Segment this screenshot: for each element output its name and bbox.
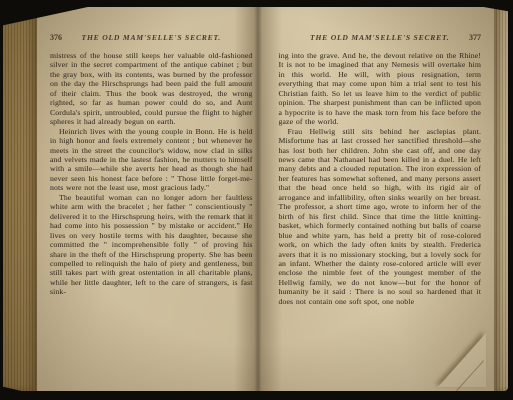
right-page: THE OLD MAM'SELLE'S SECRET. 377 ing into… xyxy=(262,7,495,391)
right-running-header: THE OLD MAM'SELLE'S SECRET. xyxy=(305,33,456,42)
open-book: 376 THE OLD MAM'SELLE'S SECRET. mistress… xyxy=(3,7,508,391)
paragraph: mistress of the house still keeps her va… xyxy=(50,51,253,127)
frame-corner-bottom-left xyxy=(0,386,60,400)
paragraph: The beautiful woman can no longer adorn … xyxy=(50,193,253,297)
paragraph: Heinrich lives with the young couple in … xyxy=(50,127,253,193)
page-corner-fold xyxy=(438,333,486,387)
book-photo-frame: 376 THE OLD MAM'SELLE'S SECRET. mistress… xyxy=(0,0,513,400)
left-running-header: THE OLD MAM'SELLE'S SECRET. xyxy=(76,33,227,42)
left-page-text: mistress of the house still keeps her va… xyxy=(50,51,253,297)
left-page: 376 THE OLD MAM'SELLE'S SECRET. mistress… xyxy=(37,7,262,391)
stacked-page-edges-left xyxy=(3,7,37,391)
left-page-number: 376 xyxy=(50,33,76,42)
right-page-header: THE OLD MAM'SELLE'S SECRET. 377 xyxy=(279,33,482,42)
paragraph: ing into the grave. And he, the devout r… xyxy=(279,51,482,127)
paragraph: Frau Hellwig still sits behind her ascle… xyxy=(279,127,482,307)
frame-corner-top-right xyxy=(443,0,513,12)
right-page-text: ing into the grave. And he, the devout r… xyxy=(279,51,482,306)
left-page-header: 376 THE OLD MAM'SELLE'S SECRET. xyxy=(50,33,253,42)
stacked-page-edges-right xyxy=(494,7,508,391)
right-page-number: 377 xyxy=(455,33,481,42)
frame-corner-top-left xyxy=(0,0,120,26)
